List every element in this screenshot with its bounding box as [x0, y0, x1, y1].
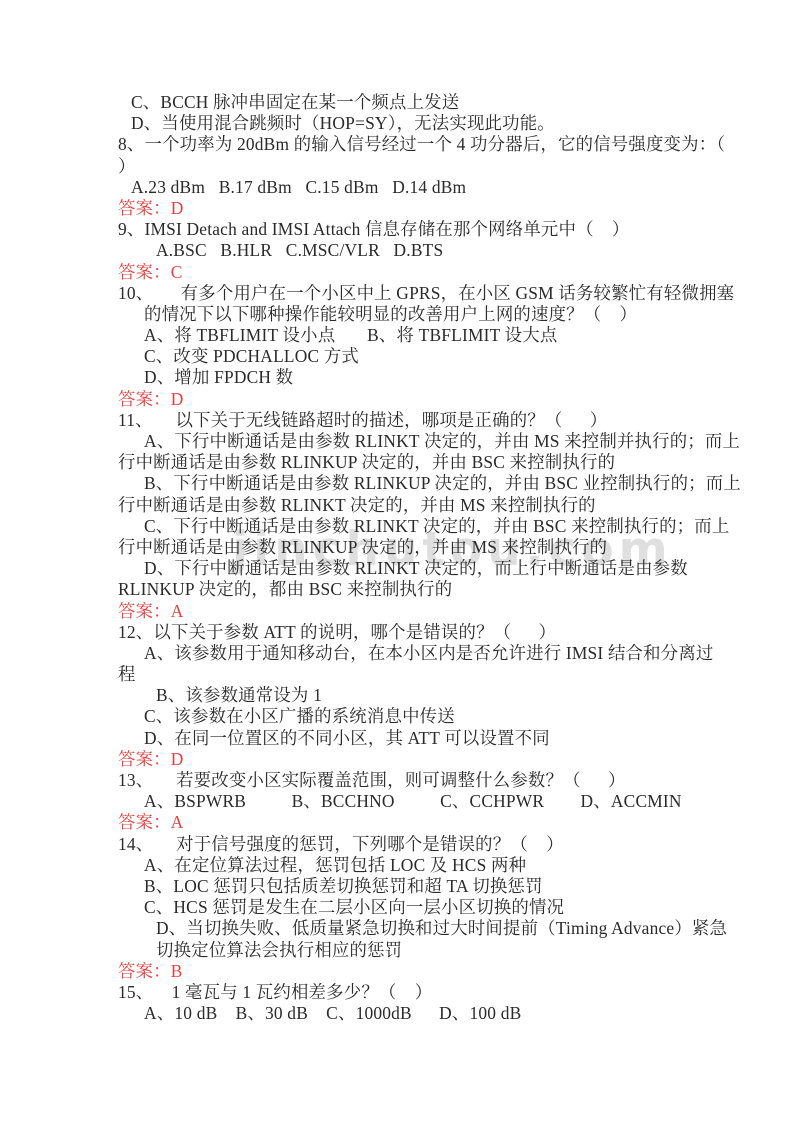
text-line: 8、一个功率为 20dBm 的输入信号经过一个 4 功分器后，它的信号强度变为：… — [0, 134, 800, 155]
text-line: D、在同一位置区的不同小区，其 ATT 可以设置不同 — [0, 728, 800, 749]
answer-line: 答案：B — [0, 961, 800, 982]
text-line: 切换定位算法会执行相应的惩罚 — [0, 940, 800, 961]
text-line: 行中断通话是由参数 RLINKT 决定的，并由 MS 来控制执行的 — [0, 495, 800, 516]
text-line: B、LOC 惩罚只包括质差切换惩罚和超 TA 切换惩罚 — [0, 876, 800, 897]
text-line: 行中断通话是由参数 RLINKUP 决定的，并由 BSC 来控制执行的 — [0, 452, 800, 473]
text-line: D、当切换失败、低质量紧急切换和过大时间提前（Timing Advance）紧急 — [0, 918, 800, 939]
text-line: C、HCS 惩罚是发生在二层小区向一层小区切换的情况 — [0, 897, 800, 918]
text-line: 9、IMSI Detach and IMSI Attach 信息存储在那个网络单… — [0, 219, 800, 240]
text-line: A、下行中断通话是由参数 RLINKT 决定的，并由 MS 来控制并执行的；而上 — [0, 431, 800, 452]
text-line: 10、 有多个用户在一个小区中上 GPRS，在小区 GSM 话务较繁忙有轻微拥塞 — [0, 283, 800, 304]
text-line: 12、以下关于参数 ATT 的说明，哪个是错误的？（ ） — [0, 622, 800, 643]
answer-line: 答案：D — [0, 389, 800, 410]
document-page: jinchutou.com C、BCCH 脉冲串固定在某一个频点上发送D、当使用… — [0, 0, 800, 1132]
text-line: B、该参数通常设为 1 — [0, 685, 800, 706]
text-line: A、10 dB B、30 dB C、1000dB D、100 dB — [0, 1003, 800, 1024]
answer-line: 答案：D — [0, 198, 800, 219]
text-line: 14、 对于信号强度的惩罚，下列哪个是错误的？（ ） — [0, 834, 800, 855]
text-line: A、在定位算法过程，惩罚包括 LOC 及 HCS 两种 — [0, 855, 800, 876]
text-line: ） — [0, 156, 800, 177]
text-line: A、BSPWRB B、BCCHNO C、CCHPWR D、ACCMIN — [0, 791, 800, 812]
text-line: C、该参数在小区广播的系统消息中传送 — [0, 706, 800, 727]
text-line: 的情况下以下哪种操作能较明显的改善用户上网的速度？（ ） — [0, 304, 800, 325]
answer-line: 答案：D — [0, 749, 800, 770]
text-line: A.23 dBm B.17 dBm C.15 dBm D.14 dBm — [0, 177, 800, 198]
text-line: A、将 TBFLIMIT 设小点 B、将 TBFLIMIT 设大点 — [0, 325, 800, 346]
text-line: D、增加 FPDCH 数 — [0, 367, 800, 388]
answer-line: 答案：C — [0, 262, 800, 283]
text-line: 13、 若要改变小区实际覆盖范围，则可调整什么参数？（ ） — [0, 770, 800, 791]
text-line: 11、 以下关于无线链路超时的描述，哪项是正确的？（ ） — [0, 410, 800, 431]
text-line: B、下行中断通话是由参数 RLINKUP 决定的，并由 BSC 业控制执行的；而… — [0, 473, 800, 494]
text-line: C、改变 PDCHALLOC 方式 — [0, 346, 800, 367]
text-line: A、该参数用于通知移动台，在本小区内是否允许进行 IMSI 结合和分离过 — [0, 643, 800, 664]
text-line: C、BCCH 脉冲串固定在某一个频点上发送 — [0, 92, 800, 113]
text-line: 程 — [0, 664, 800, 685]
text-line: D、下行中断通话是由参数 RLINKT 决定的，而上行中断通话是由参数 — [0, 558, 800, 579]
text-line: D、当使用混合跳频时（HOP=SY），无法实现此功能。 — [0, 113, 800, 134]
answer-line: 答案：A — [0, 812, 800, 833]
answer-line: 答案：A — [0, 601, 800, 622]
text-line: RLINKUP 决定的，都由 BSC 来控制执行的 — [0, 579, 800, 600]
text-line: 行中断通话是由参数 RLINKUP 决定的，并由 MS 来控制执行的 — [0, 537, 800, 558]
text-line: A.BSC B.HLR C.MSC/VLR D.BTS — [0, 240, 800, 261]
document-lines: C、BCCH 脉冲串固定在某一个频点上发送D、当使用混合跳频时（HOP=SY），… — [0, 92, 800, 1024]
text-line: C、下行中断通话是由参数 RLINKT 决定的，并由 BSC 来控制执行的；而上 — [0, 516, 800, 537]
text-line: 15、 1 毫瓦与 1 瓦约相差多少？（ ） — [0, 982, 800, 1003]
